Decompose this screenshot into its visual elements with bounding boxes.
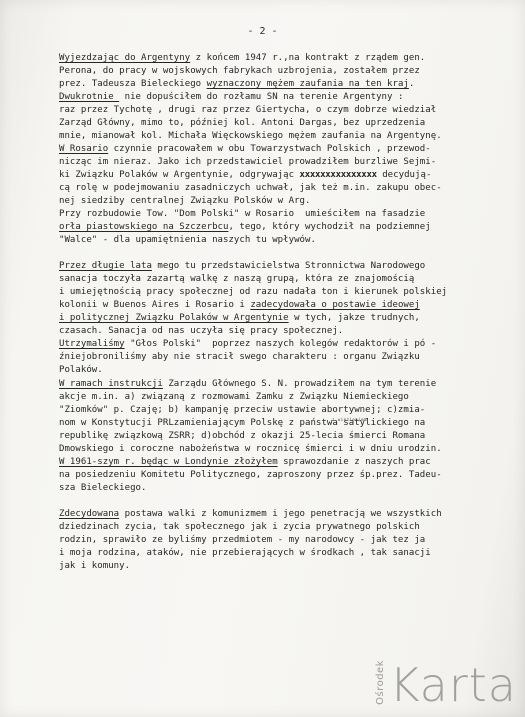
underlined-text: Przez długie lata	[59, 261, 152, 271]
text-line: na posiedzeniu Komitetu Politycznego, za…	[59, 469, 442, 482]
text-segment: raz przez Tychotę , drugi raz przez Gier…	[59, 105, 436, 115]
underlined-text: Zdecydowana	[59, 509, 119, 519]
text-segment: decydują-	[377, 170, 432, 180]
underlined-text: i politycznej Związku Polaków w Argentyn…	[59, 313, 289, 323]
text-segment: Dmowskiego i coroczne nabożeństwa w rocz…	[59, 444, 442, 454]
text-segment: z końcem 1947 r.,na kontrakt z rządem ge…	[190, 53, 425, 63]
text-segment: "Walce" - dla upamiętnienia naszych tu w…	[59, 235, 316, 245]
text-segment: postawa walki z komunizmem i jego penetr…	[119, 509, 442, 519]
text-line: Przy rozbudowie Tow. "Dom Polski" w Rosa…	[59, 208, 425, 221]
text-segment: nicząc im nieraz. Jako ich przedstawicie…	[59, 157, 436, 167]
text-segment: i umiejętnością pracy społecznej od razu…	[59, 287, 447, 297]
text-line: W 1961-szym r. będąc w Londynie złożyłem…	[59, 456, 431, 469]
text-segment: prez. Tadeusza Bieleckiego	[59, 79, 207, 89]
text-line: Dwukrotnie nie dopuściłem do rozłamu SN …	[59, 91, 403, 104]
text-segment: "Ziomków" p. Czaję; b) kampanję przeciw …	[59, 405, 425, 415]
text-segment: nie dopuściłem do rozłamu SN na terenie …	[119, 92, 403, 102]
text-line: Utrzymaliśmy "Głos Polski" poprzez naszy…	[59, 338, 436, 351]
underlined-text: Dwukrotnie	[59, 92, 119, 102]
text-segment: Przy rozbudowie Tow. "Dom Polski" w Rosa…	[59, 209, 425, 219]
text-segment: republikę związkową ZSRR; d)obchód z oka…	[59, 431, 425, 441]
text-line: mnie, mianował kol. Michała Więckowskieg…	[59, 130, 442, 143]
text-segment: "Głos Polski" poprzez naszych kolegów re…	[125, 339, 437, 349]
text-line: akcje m.in. a) związaną z rozmowami Zamk…	[59, 391, 409, 404]
text-segment: rodzin, sprawiło ze byliśmy przedmiotem …	[59, 535, 425, 545]
text-line: "Walce" - dla upamiętnienia naszych tu w…	[59, 234, 316, 247]
text-line: ki Związku Polaków w Argentynie, odgrywa…	[59, 169, 431, 182]
text-segment: mego tu przedstawicielstwa Stronnictwa N…	[152, 261, 425, 271]
text-line: "Ziomków" p. Czaję; b) kampanję przeciw …	[59, 404, 425, 417]
text-segment: czynnie pracowałem w obu Towarzystwach P…	[108, 144, 431, 154]
text-line: W ramach instrukcji Zarządu Głównego S. …	[59, 378, 436, 391]
text-segment: Zarządu Głównego S. N. prowadziłem na ty…	[163, 379, 436, 389]
text-segment: dziedzinach zycia, tak społecznego jak i…	[59, 522, 420, 532]
underlined-text: W 1961-szym r. będąc w Londynie złożyłem	[59, 457, 278, 467]
text-line: sza Bieleckiego.	[59, 482, 146, 495]
text-line: rodzin, sprawiło ze byliśmy przedmiotem …	[59, 534, 425, 547]
text-line: Przez długie lata mego tu przedstawiciel…	[59, 260, 425, 273]
text-line: i politycznej Związku Polaków w Argentyn…	[59, 312, 420, 325]
text-line: raz przez Tychotę , drugi raz przez Gier…	[59, 104, 436, 117]
text-line: czasach. Sanacja od nas uczyła się pracy…	[59, 325, 343, 338]
underlined-text: zadecydowała o postawie ideowej	[250, 300, 419, 310]
underlined-text: Utrzymaliśmy	[59, 339, 125, 349]
text-line: sanacja toczyła zazartą walkę z naszą gr…	[59, 273, 414, 286]
document-page: - 2 - Wyjezdzając do Argentyny z końcem …	[0, 0, 525, 717]
text-segment: mnie, mianował kol. Michała Więckowskieg…	[59, 131, 442, 141]
underlined-text: W ramach instrukcji	[59, 379, 163, 389]
text-line: orła piastowskiego na Szczerbcu, tego, k…	[59, 221, 431, 234]
handwritten-insertion: z wiezieniem	[332, 417, 367, 422]
text-line: prez. Tadeusza Bieleckiego wyznaczony mę…	[59, 78, 414, 91]
text-segment: akcje m.in. a) związaną z rozmowami Zamk…	[59, 392, 409, 402]
text-line: nom w Konstytucji PRLzamieniającym Polsk…	[59, 417, 425, 430]
text-line: Zarząd Główny, mimo to, później kol. Ant…	[59, 117, 425, 130]
text-segment: nom w Konstytucji PRLzamieniającym Polsk…	[59, 418, 425, 428]
text-line: nej siedziby centralnej Związku Polsków …	[59, 195, 310, 208]
underlined-text: W Rosario	[59, 144, 108, 154]
page-number: - 2 -	[0, 26, 525, 37]
text-line: kolonii w Buenos Aires i Rosario i zadec…	[59, 299, 420, 312]
text-line: republikę związkową ZSRR; d)obchód z oka…	[59, 430, 425, 443]
text-segment: Zarząd Główny, mimo to, później kol. Ant…	[59, 118, 425, 128]
text-line: Wyjezdzając do Argentyny z końcem 1947 r…	[59, 52, 425, 65]
text-segment: na posiedzeniu Komitetu Politycznego, za…	[59, 470, 442, 480]
text-segment: w tych, jakze trudnych,	[289, 313, 420, 323]
text-segment: cą rolę w podejmowaniu zasadniczych uchw…	[59, 183, 442, 193]
text-segment: Perona, do pracy w wojskowych fabrykach …	[59, 66, 420, 76]
text-segment: ki Związku Polaków w Argentynie, odgrywa…	[59, 170, 300, 180]
watermark-small-text: Ośrodek	[375, 660, 386, 705]
text-line: jak i komuny.	[59, 560, 130, 573]
text-segment: i moja rodzina, ataków, nie przebierając…	[59, 548, 431, 558]
text-line: i umiejętnością pracy społecznej od razu…	[59, 286, 447, 299]
text-line: dziedzinach zycia, tak społecznego jak i…	[59, 521, 420, 534]
text-segment: źniejobroniliśmy aby nie stracił swego c…	[59, 352, 420, 362]
text-segment: jak i komuny.	[59, 561, 130, 571]
text-line: Perona, do pracy w wojskowych fabrykach …	[59, 65, 420, 78]
underlined-text: wyznaczony mężem zaufania na ten kraj	[207, 79, 409, 89]
text-segment: kolonii w Buenos Aires i Rosario i	[59, 300, 250, 310]
text-segment: sprawozdanie z naszych prac	[278, 457, 431, 467]
underlined-text: Wyjezdzając do Argentyny	[59, 53, 190, 63]
text-line: cą rolę w podejmowaniu zasadniczych uchw…	[59, 182, 442, 195]
text-line: i moja rodzina, ataków, nie przebierając…	[59, 547, 431, 560]
text-segment: Polaków.	[59, 365, 103, 375]
text-line: Polaków.	[59, 364, 103, 377]
text-segment: .	[409, 79, 414, 89]
text-segment: , tego, który wychodził na podziemnej	[228, 222, 430, 232]
text-segment: czasach. Sanacja od nas uczyła się pracy…	[59, 326, 343, 336]
text-line: Zdecydowana postawa walki z komunizmem i…	[59, 508, 442, 521]
text-line: Dmowskiego i coroczne nabożeństwa w rocz…	[59, 443, 442, 456]
text-segment: nej siedziby centralnej Związku Polsków …	[59, 196, 310, 206]
text-line: nicząc im nieraz. Jako ich przedstawicie…	[59, 156, 436, 169]
watermark-logo: Ośrodek Karta	[375, 660, 517, 705]
text-line: źniejobroniliśmy aby nie stracił swego c…	[59, 351, 420, 364]
text-segment: sanacja toczyła zazartą walkę z naszą gr…	[59, 274, 414, 284]
watermark-large-text: Karta	[389, 665, 517, 705]
struck-text: xxxxxxxxxxxxxxx	[300, 170, 377, 180]
underlined-text: orła piastowskiego na Szczerbcu	[59, 222, 228, 232]
text-segment: sza Bieleckiego.	[59, 483, 146, 493]
text-line: W Rosario czynnie pracowałem w obu Towar…	[59, 143, 431, 156]
